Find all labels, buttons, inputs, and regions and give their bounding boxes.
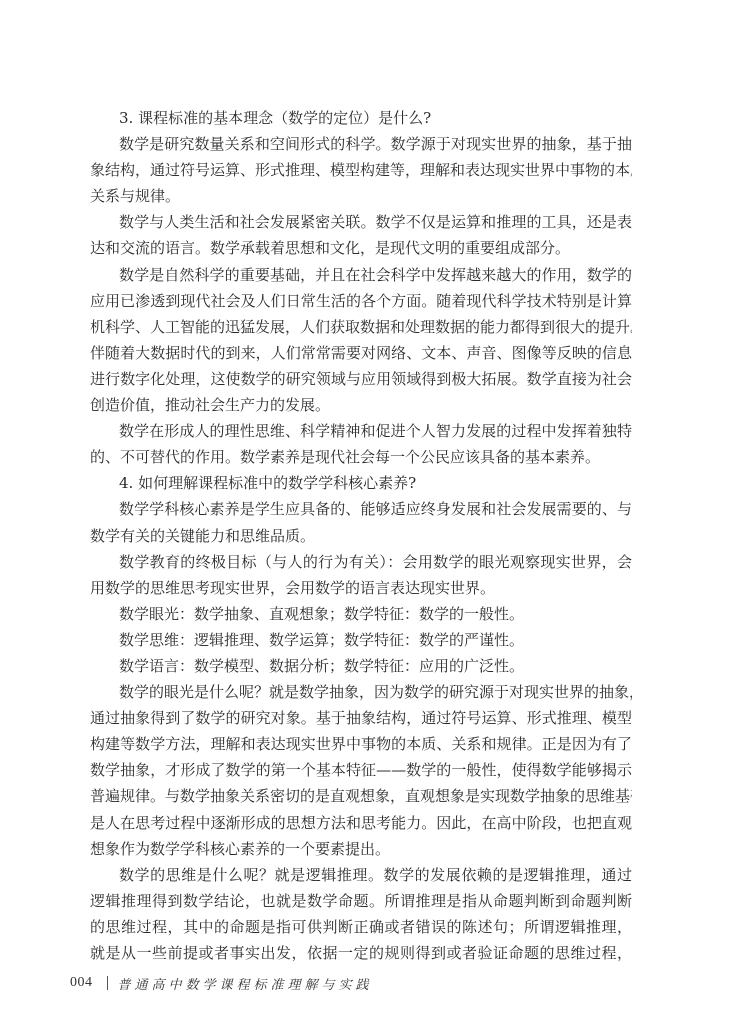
text-line: 数学有关的关键能力和思维品质。 [90,523,632,549]
text-line: 数学的眼光是什么呢？就是数学抽象，因为数学的研究源于对现实世界的抽象， [90,679,632,705]
text-line: 关系与规律。 [90,183,632,209]
text-line: 是人在思考过程中逐渐形成的思想方法和思考能力。因此，在高中阶段，也把直观 [90,810,632,836]
footer-separator [107,976,108,990]
text-line: 数学思维：逻辑推理、数学运算；数学特征：数学的严谨性。 [90,627,632,653]
text-line: 普遍规律。与数学抽象关系密切的是直观想象，直观想象是实现数学抽象的思维基础， [90,783,632,809]
text-line: 机科学、人工智能的迅猛发展，人们获取数据和处理数据的能力都得到很大的提升。 [90,314,632,340]
page-number: 004 [70,975,93,991]
text-line: 进行数字化处理，这使数学的研究领域与应用领域得到极大拓展。数学直接为社会 [90,366,632,392]
text-line: 的、不可替代的作用。数学素养是现代社会每一个公民应该具备的基本素养。 [90,444,632,470]
text-line: 数学语言：数学模型、数据分析；数学特征：应用的广泛性。 [90,653,632,679]
page-footer: 004 普通高中数学课程标准理解与实践 [70,972,373,994]
text-line: 数学是自然科学的重要基础，并且在社会科学中发挥越来越大的作用，数学的 [90,262,632,288]
text-line: 数学在形成人的理性思维、科学精神和促进个人智力发展的过程中发挥着独特 [90,418,632,444]
text-line: 数学抽象，才形成了数学的第一个基本特征——数学的一般性，使得数学能够揭示 [90,757,632,783]
text-line: 用数学的思维思考现实世界，会用数学的语言表达现实世界。 [90,575,632,601]
text-line: 数学眼光：数学抽象、直观想象；数学特征：数学的一般性。 [90,601,632,627]
text-line: 的思维过程，其中的命题是指可供判断正确或者错误的陈述句；所谓逻辑推理， [90,914,632,940]
text-line: 象结构，通过符号运算、形式推理、模型构建等，理解和表达现实世界中事物的本质、 [90,157,632,183]
text-line: 创造价值，推动社会生产力的发展。 [90,392,632,418]
text-line: 应用已渗透到现代社会及人们日常生活的各个方面。随着现代科学技术特别是计算 [90,288,632,314]
question-heading: 4. 如何理解课程标准中的数学学科核心素养? [90,470,632,496]
text-line: 逻辑推理得到数学结论，也就是数学命题。所谓推理是指从命题判断到命题判断 [90,888,632,914]
body-text: 3. 课程标准的基本理念（数学的定位）是什么?数学是研究数量关系和空间形式的科学… [90,105,632,966]
text-line: 就是从一些前提或者事实出发，依据一定的规则得到或者验证命题的思维过程， [90,940,632,966]
text-line: 数学教育的终极目标（与人的行为有关）：会用数学的眼光观察现实世界，会 [90,549,632,575]
text-line: 构建等数学方法，理解和表达现实世界中事物的本质、关系和规律。正是因为有了 [90,731,632,757]
document-page: 3. 课程标准的基本理念（数学的定位）是什么?数学是研究数量关系和空间形式的科学… [0,0,730,1026]
text-line: 数学是研究数量关系和空间形式的科学。数学源于对现实世界的抽象，基于抽 [90,131,632,157]
text-line: 想象作为数学学科核心素养的一个要素提出。 [90,836,632,862]
question-heading: 3. 课程标准的基本理念（数学的定位）是什么? [90,105,632,131]
text-line: 通过抽象得到了数学的研究对象。基于抽象结构，通过符号运算、形式推理、模型 [90,705,632,731]
text-line: 伴随着大数据时代的到来，人们常常需要对网络、文本、声音、图像等反映的信息 [90,340,632,366]
text-line: 数学的思维是什么呢？就是逻辑推理。数学的发展依赖的是逻辑推理，通过 [90,862,632,888]
book-title: 普通高中数学课程标准理解与实践 [118,974,373,993]
text-line: 达和交流的语言。数学承载着思想和文化，是现代文明的重要组成部分。 [90,235,632,261]
text-line: 数学与人类生活和社会发展紧密关联。数学不仅是运算和推理的工具，还是表 [90,209,632,235]
text-line: 数学学科核心素养是学生应具备的、能够适应终身发展和社会发展需要的、与 [90,496,632,522]
